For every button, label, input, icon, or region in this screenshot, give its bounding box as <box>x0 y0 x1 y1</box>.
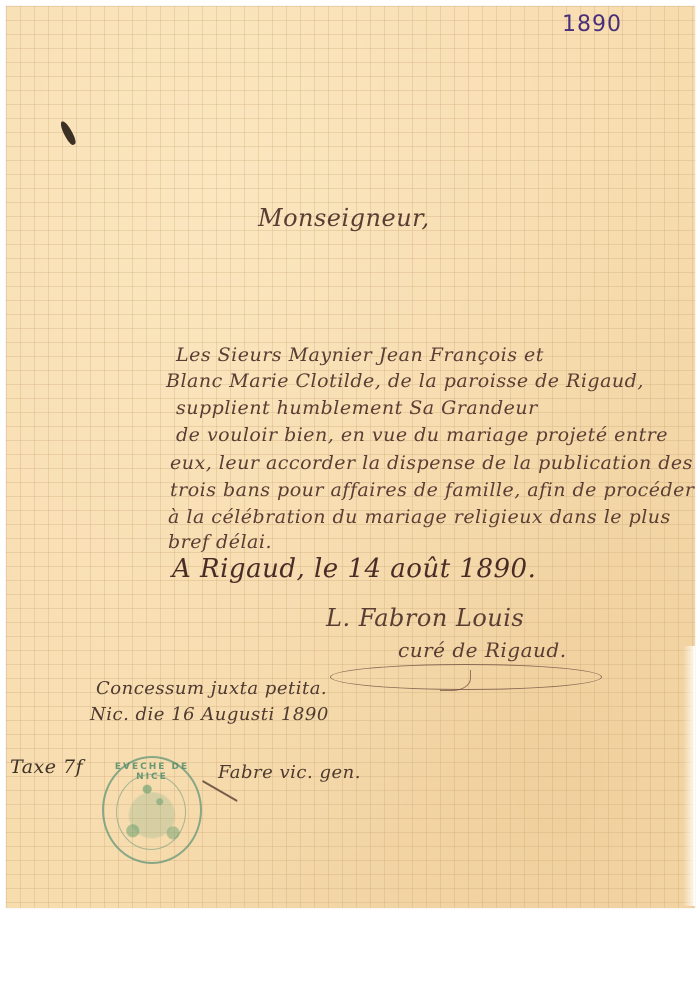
approval-line-2: Nic. die 16 Augusti 1890 <box>90 704 329 725</box>
body-line: trois bans pour affaires de famille, afi… <box>170 479 695 501</box>
scanned-page: 1890 Monseigneur, Les Sieurs Maynier Jea… <box>0 0 700 990</box>
diocese-seal-stamp: EVECHE DE NICE <box>102 756 202 864</box>
fee-note: Taxe 7f <box>10 756 83 778</box>
salutation: Monseigneur, <box>258 204 430 232</box>
approval-line-1: Concessum juxta petita. <box>96 678 327 699</box>
body-line: Blanc Marie Clotilde, de la paroisse de … <box>166 370 644 392</box>
body-line: supplient humblement Sa Grandeur <box>176 397 538 419</box>
dateline: A Rigaud, le 14 août 1890. <box>172 554 536 584</box>
body-line: de vouloir bien, en vue du mariage proje… <box>176 424 668 446</box>
body-line: à la célébration du mariage religieux da… <box>168 506 671 528</box>
body-line: bref délai. <box>168 531 272 553</box>
body-line: eux, leur accorder la dispense de la pub… <box>170 452 693 474</box>
seal-inner-ring <box>116 774 186 850</box>
body-line: Les Sieurs Maynier Jean François et <box>176 344 544 366</box>
vicar-general-signature: Fabre vic. gen. <box>218 762 361 783</box>
priest-title: curé de Rigaud. <box>398 638 567 662</box>
archive-number: 1890 <box>562 12 622 37</box>
priest-signature: L. Fabron Louis <box>326 604 524 632</box>
torn-right-edge <box>683 646 695 906</box>
